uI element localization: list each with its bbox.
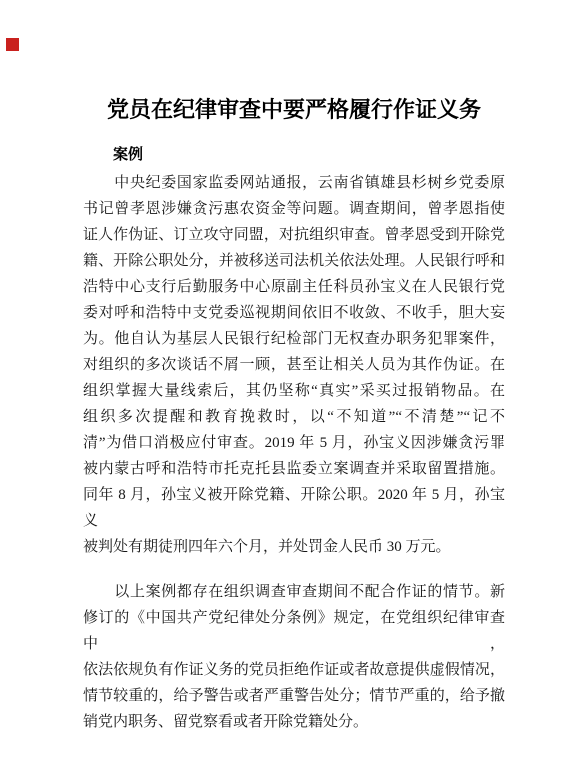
text-line: 书记曾孝恩涉嫌贪污惠农资金等问题。调查期间，曾孝恩指使 <box>83 196 505 222</box>
text-line: 销党内职务、留党察看或者开除党籍处分。 <box>83 709 505 735</box>
red-marker-square <box>6 38 19 51</box>
document-content: 党员在纪律审查中要严格履行作证义务 案例 中央纪委国家监委网站通报，云南省镇雄县… <box>83 0 505 735</box>
text-line: 以上案例都存在组织调查审查期间不配合作证的情节。新 <box>83 579 505 605</box>
text-line: 依法依规负有作证义务的党员拒绝作证或者故意提供虚假情况， <box>83 657 505 683</box>
text-line: 浩特中心支行后勤服务中心原副主任科员孙宝义在人民银行党 <box>83 274 505 300</box>
text-line: 修订的《中国共产党纪律处分条例》规定，在党组织纪律审查中， <box>83 605 505 657</box>
text-line: 组织多次提醒和教育挽救时，以“不知道”“不清楚”“记不 <box>83 404 505 430</box>
text-line: 委对呼和浩特中支党委巡视期间依旧不收敛、不收手，胆大妄 <box>83 300 505 326</box>
document-page: 党员在纪律审查中要严格履行作证义务 案例 中央纪委国家监委网站通报，云南省镇雄县… <box>0 0 586 759</box>
document-title: 党员在纪律审查中要严格履行作证义务 <box>83 95 505 125</box>
text-line: 籍、开除公职处分，并被移送司法机关依法处理。人民银行呼和 <box>83 248 505 274</box>
paragraph-regulation-analysis: 以上案例都存在组织调查审查期间不配合作证的情节。新修订的《中国共产党纪律处分条例… <box>83 579 505 735</box>
text-line: 组织掌握大量线索后，其仍坚称“真实”采买过报销物品。在 <box>83 378 505 404</box>
text-line: 被内蒙古呼和浩特市托克托县监委立案调查并采取留置措施。 <box>83 456 505 482</box>
text-line: 证人作伪证、订立攻守同盟，对抗组织审查。曾孝恩受到开除党 <box>83 222 505 248</box>
text-line: 情节较重的，给予警告或者严重警告处分；情节严重的，给予撤 <box>83 683 505 709</box>
text-line: 同年 8 月，孙宝义被开除党籍、开除公职。2020 年 5 月，孙宝义 <box>83 482 505 534</box>
text-line: 为。他自认为基层人民银行纪检部门无权查办职务犯罪案件， <box>83 326 505 352</box>
text-line: 被判处有期徒刑四年六个月，并处罚金人民币 30 万元。 <box>83 534 505 560</box>
section-heading-case: 案例 <box>83 142 505 168</box>
text-line: 中央纪委国家监委网站通报，云南省镇雄县杉树乡党委原 <box>83 170 505 196</box>
paragraph-case-body: 中央纪委国家监委网站通报，云南省镇雄县杉树乡党委原书记曾孝恩涉嫌贪污惠农资金等问… <box>83 170 505 560</box>
text-line: 清”为借口消极应付审查。2019 年 5 月，孙宝义因涉嫌贪污罪 <box>83 430 505 456</box>
text-line: 对组织的多次谈话不屑一顾，甚至让相关人员为其作伪证。在 <box>83 352 505 378</box>
